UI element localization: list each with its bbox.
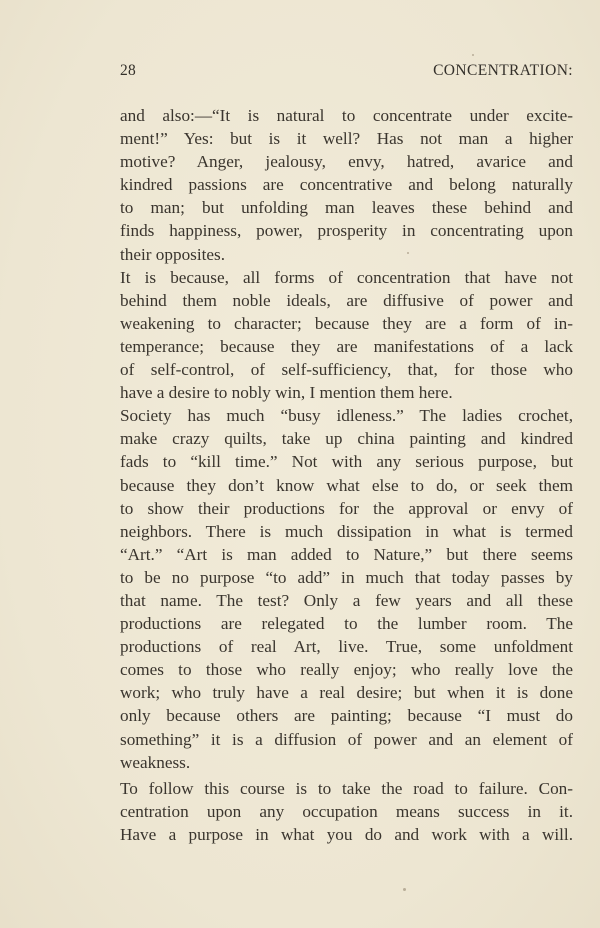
text-line: to show their productions for the approv… — [120, 497, 573, 520]
text-line: Society has much “busy idleness.” The la… — [120, 404, 573, 427]
text-line: finds happiness, power, prosperity in co… — [120, 219, 573, 242]
text-line: neighbors. There is much dissipation in … — [120, 520, 573, 543]
running-head: 28 CONCENTRATION: — [120, 62, 573, 80]
text-line: that name. The test? Only a few years an… — [120, 589, 573, 612]
body-text: and also:—“It is natural to concentrate … — [120, 104, 573, 846]
text-line: ment!” Yes: but is it well? Has not man … — [120, 127, 573, 150]
paragraph-1: and also:—“It is natural to concentrate … — [120, 104, 573, 266]
text-line: temperance; because they are manifestati… — [120, 335, 573, 358]
text-line: centration upon any occupation means suc… — [120, 800, 573, 823]
text-line: “Art.” “Art is man added to Nature,” but… — [120, 543, 573, 566]
paragraph-2: It is because, all forms of concentratio… — [120, 266, 573, 405]
text-line: motive? Anger, jealousy, envy, hatred, a… — [120, 150, 573, 173]
paragraph-3: Society has much “busy idleness.” The la… — [120, 404, 573, 774]
text-line: Have a purpose in what you do and work w… — [120, 823, 573, 846]
text-line: to be no purpose “to add” in much that t… — [120, 566, 573, 589]
text-line: to man; but unfolding man leaves these b… — [120, 196, 573, 219]
text-line: weakening to character; because they are… — [120, 312, 573, 335]
text-line: have a desire to nobly win, I mention th… — [120, 381, 573, 404]
paper-speck — [407, 252, 409, 254]
text-line: work; who truly have a real desire; but … — [120, 681, 573, 704]
text-line: only because others are painting; becaus… — [120, 704, 573, 727]
paragraph-4: To follow this course is to take the roa… — [120, 777, 573, 846]
text-line: productions of real Art, live. True, som… — [120, 635, 573, 658]
text-line: kindred passions are concentrative and b… — [120, 173, 573, 196]
text-line: something” it is a diffusion of power an… — [120, 728, 573, 751]
text-line: and also:—“It is natural to concentrate … — [120, 104, 573, 127]
text-line: their opposites. — [120, 243, 573, 266]
text-line: It is because, all forms of concentratio… — [120, 266, 573, 289]
text-line: behind them noble ideals, are diffusive … — [120, 289, 573, 312]
text-line: weakness. — [120, 751, 573, 774]
book-page: 28 CONCENTRATION: and also:—“It is natur… — [0, 0, 600, 928]
text-line: productions are relegated to the lumber … — [120, 612, 573, 635]
text-line: fads to “kill time.” Not with any seriou… — [120, 450, 573, 473]
text-line: To follow this course is to take the roa… — [120, 777, 573, 800]
paper-speck — [403, 888, 406, 891]
text-line: make crazy quilts, take up china paintin… — [120, 427, 573, 450]
text-line: because they don’t know what else to do,… — [120, 474, 573, 497]
paper-speck — [472, 54, 474, 56]
text-line: of self-control, of self-sufficiency, th… — [120, 358, 573, 381]
page-number: 28 — [120, 62, 136, 80]
text-line: comes to those who really enjoy; who rea… — [120, 658, 573, 681]
running-title: CONCENTRATION: — [433, 62, 573, 80]
